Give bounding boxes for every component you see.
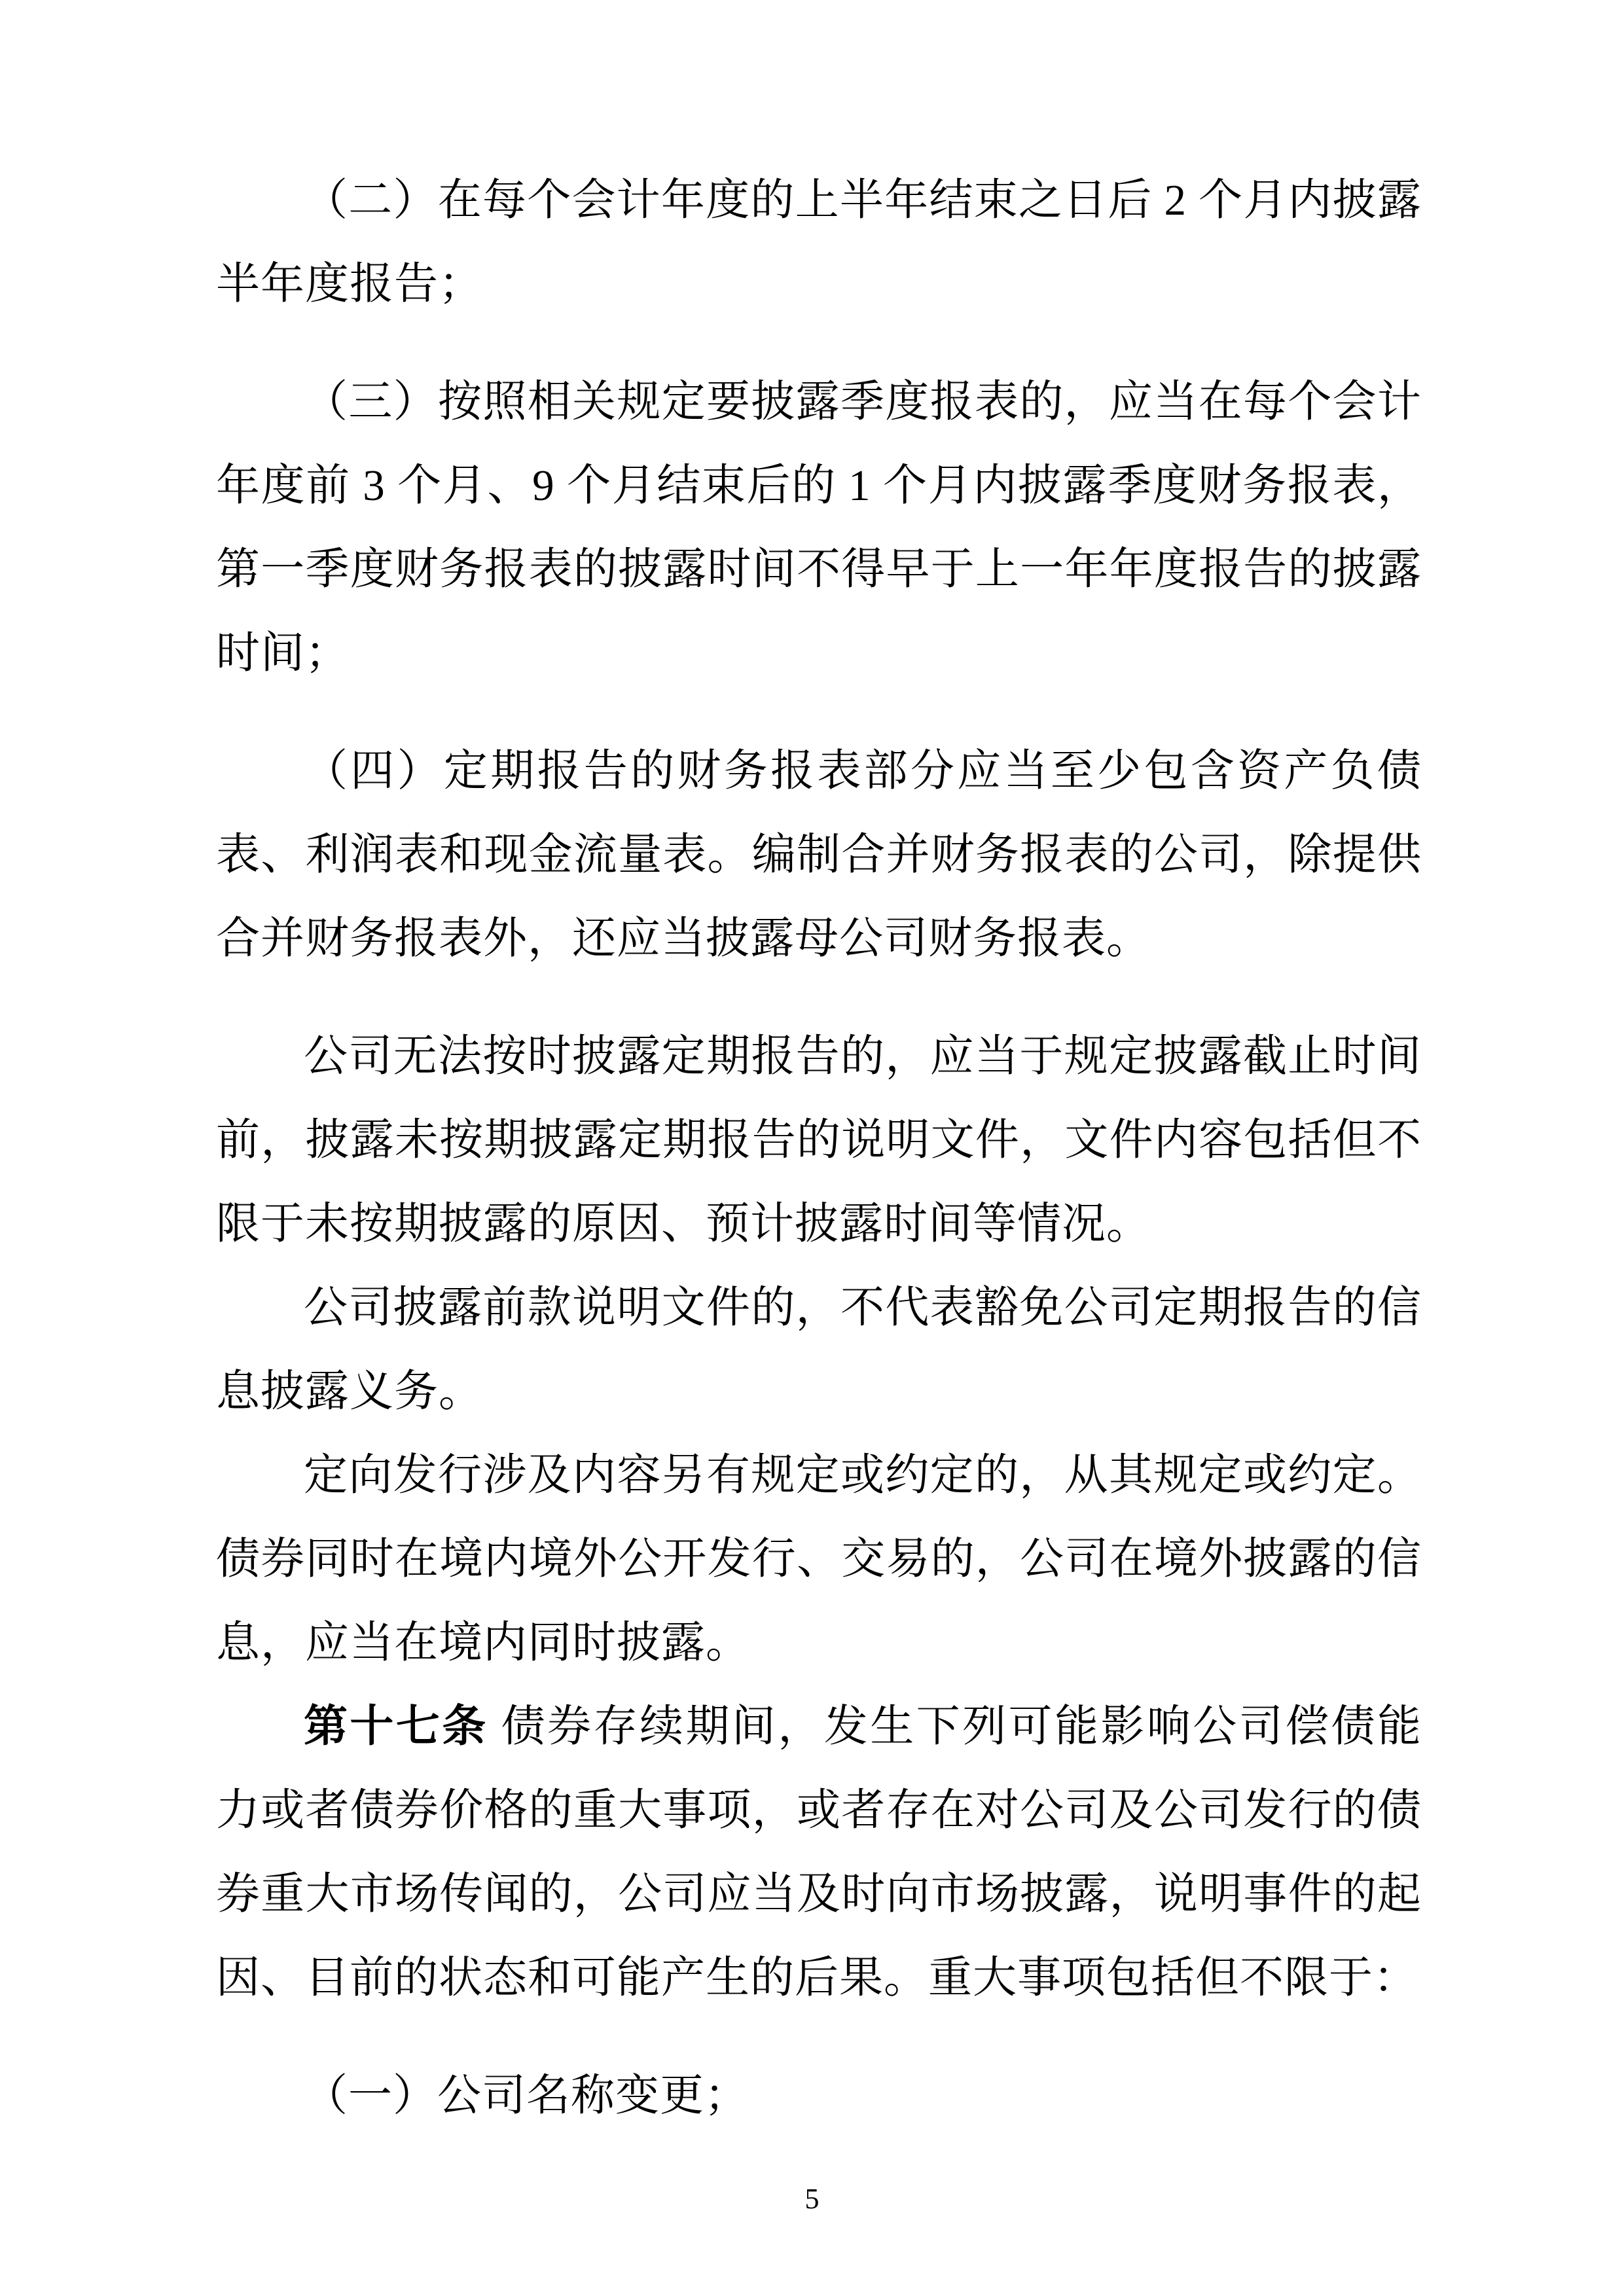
document-page: （二）在每个会计年度的上半年结束之日后 2 个月内披露半年度报告； （三）按照相… (0, 0, 1624, 2296)
document-body: （二）在每个会计年度的上半年结束之日后 2 个月内披露半年度报告； （三）按照相… (216, 124, 1422, 2138)
paragraph-late-disclosure: 公司无法按时披露定期报告的，应当于规定披露截止时间前，披露未按期披露定期报告的说… (216, 1014, 1422, 1266)
paragraph-disclosure-obligation: 公司披露前款说明文件的，不代表豁免公司定期报告的信息披露义务。 (216, 1266, 1422, 1433)
paragraph-item-2: （二）在每个会计年度的上半年结束之日后 2 个月内披露半年度报告； (216, 158, 1422, 326)
page-footer: 5 (0, 2181, 1624, 2217)
paragraph-item-1-name-change: （一）公司名称变更； (216, 2054, 1422, 2138)
paragraph-item-3: （三）按照相关规定要披露季度报表的，应当在每个会计年度前 3 个月、9 个月结束… (216, 360, 1422, 695)
paragraph-private-placement: 定向发行涉及内容另有规定或约定的，从其规定或约定。债券同时在境内境外公开发行、交… (216, 1433, 1422, 1685)
article-number: 第十七条 (304, 1702, 488, 1751)
paragraph-article-17: 第十七条债券存续期间，发生下列可能影响公司偿债能力或者债券价格的重大事项，或者存… (216, 1685, 1422, 2020)
page-number: 5 (805, 2183, 820, 2215)
paragraph-item-4: （四）定期报告的财务报表部分应当至少包含资产负债表、利润表和现金流量表。编制合并… (216, 729, 1422, 980)
